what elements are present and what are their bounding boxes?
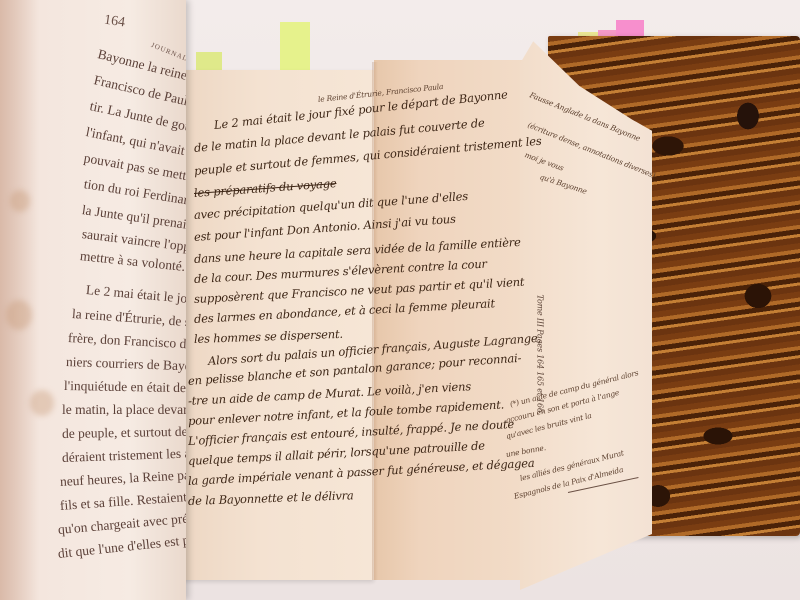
print-line: de peuple, et surtout de femmes [62, 423, 186, 442]
manuscript-line: de la Bayonnette et le délivra [188, 488, 354, 508]
manuscript-line: les hommes se dispersent. [194, 327, 343, 346]
print-line: déraient tristement les apprêts [62, 444, 186, 466]
print-line: frère, don Francisco de Paula [68, 330, 186, 354]
print-line: le matin, la place devant le palais [62, 402, 186, 418]
print-line: fils et sa fille. Restaient encore [59, 486, 186, 514]
photo-scene: le Reine d'Étrurie, Francisco Paula Le 2… [0, 0, 800, 600]
manuscript-line: les préparatifs du voyage [194, 176, 337, 200]
print-line: l'inquiétude en était devenue [64, 378, 186, 397]
printed-book-page: 164 JOURNAL Bayonne la reine d'Étrurie F… [0, 0, 186, 600]
print-line: niers courriers de Bayonne [66, 354, 186, 375]
print-line: neuf heures, la Reine partit [60, 466, 186, 490]
print-line: la reine d'Étrurie, de ses [71, 306, 186, 331]
